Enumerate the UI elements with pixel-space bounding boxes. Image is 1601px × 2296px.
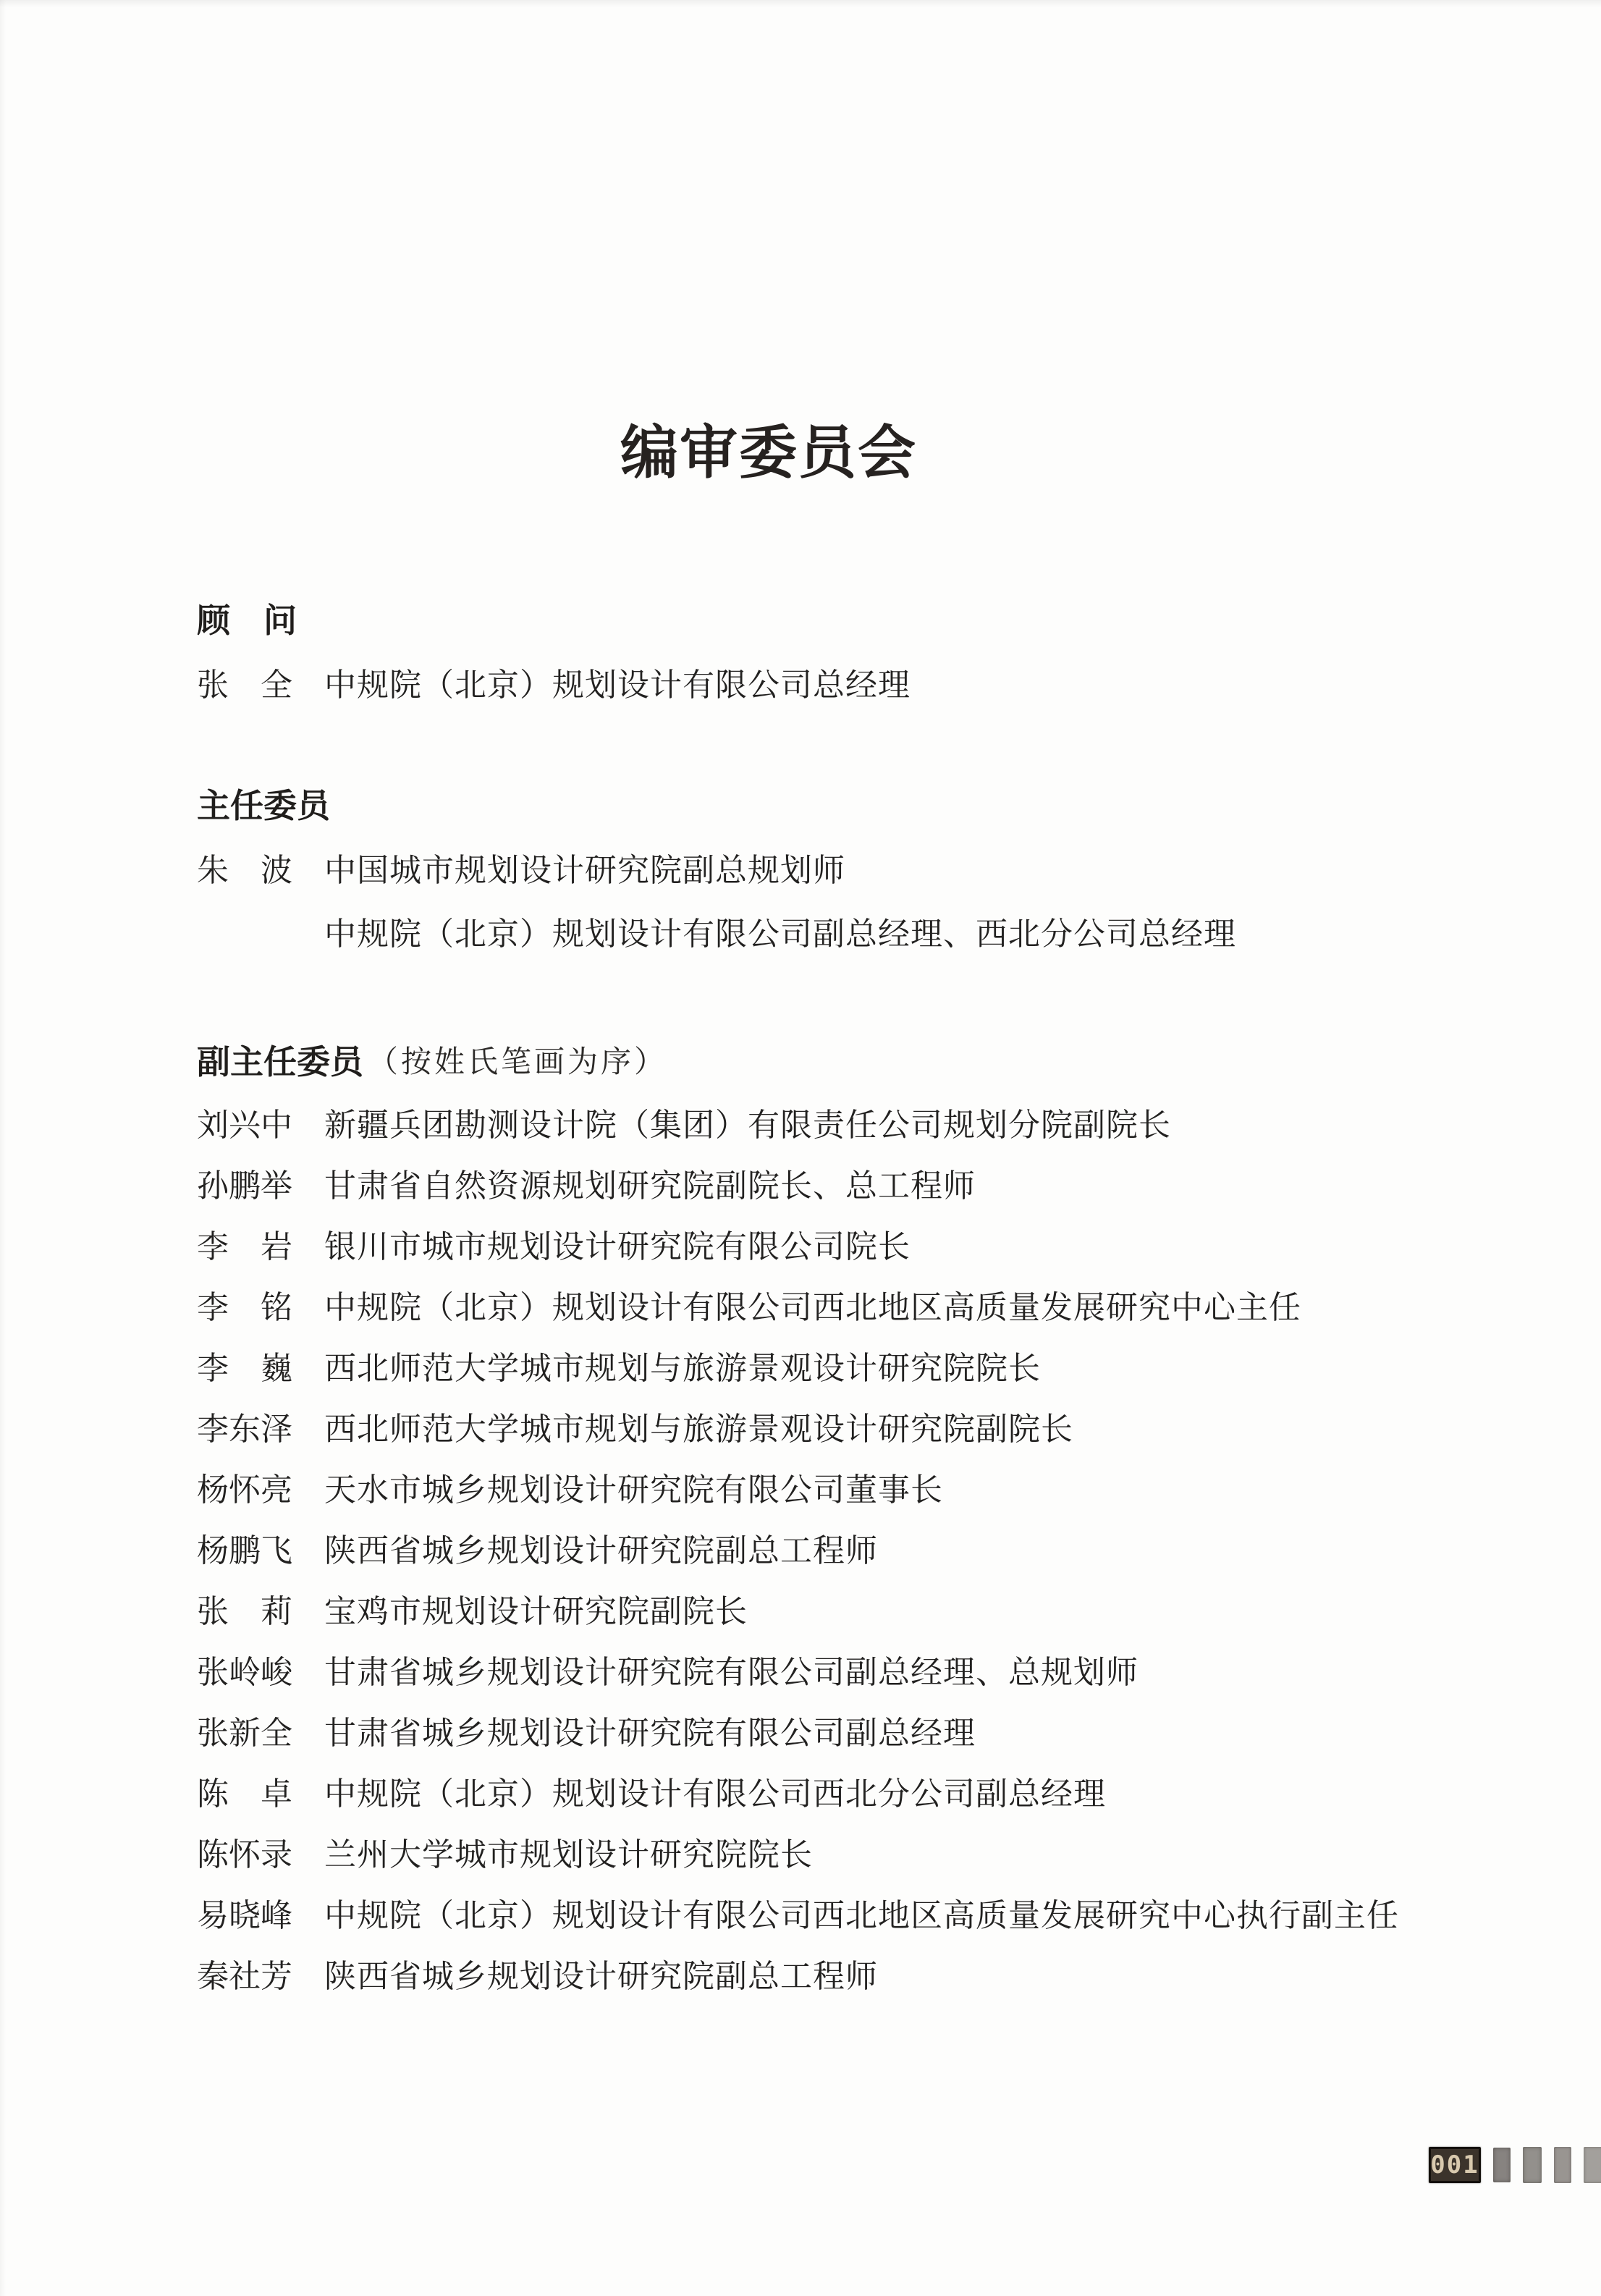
member-name: 杨怀亮 (197, 1464, 292, 1510)
section-heading: 顾问 (197, 594, 297, 642)
member-name: 张全 (197, 659, 292, 705)
member-row: 李岩 银川市城市规划设计研究院有限公司院长 (197, 1213, 1427, 1274)
member-name: 李巍 (197, 1342, 292, 1388)
page-title: 编审委员会 (153, 414, 1384, 492)
member-name: 朱波 (197, 844, 292, 890)
member-name: 张岭峻 (197, 1646, 292, 1692)
member-row: 李东泽 西北师范大学城市规划与旅游景观设计研究院副院长 (197, 1396, 1427, 1456)
section-heading-row: 副主任委员 （按姓氏笔画为序） (197, 1028, 1427, 1092)
member-title: 西北师范大学城市规划与旅游景观设计研究院副院长 (324, 1403, 1427, 1449)
member-row: 张岭峻 甘肃省城乡规划设计研究院有限公司副总经理、总规划师 (197, 1639, 1427, 1700)
page-edge-mark (1554, 2147, 1571, 2183)
member-row: 秦社芳 陕西省城乡规划设计研究院副总工程师 (197, 1943, 1427, 2004)
member-row: 李巍 西北师范大学城市规划与旅游景观设计研究院院长 (197, 1335, 1427, 1396)
member-name: 李铭 (197, 1281, 292, 1328)
member-row: 张全 中规院（北京）规划设计有限公司总经理 (197, 650, 1427, 714)
member-title: 中规院（北京）规划设计有限公司总经理 (324, 659, 1427, 705)
section-heading-row: 顾问 (197, 586, 1427, 650)
page-number-badge: 001 (1429, 2147, 1481, 2183)
section-heading: 主任委员 (197, 780, 330, 827)
member-row: 刘兴中 新疆兵团勘测设计院（集团）有限责任公司规划分院副院长 (197, 1092, 1427, 1152)
member-title: 新疆兵团勘测设计院（集团）有限责任公司规划分院副院长 (324, 1099, 1427, 1145)
member-title: 兰州大学城市规划设计研究院院长 (324, 1828, 1427, 1875)
member-title: 宝鸡市规划设计研究院副院长 (324, 1585, 1427, 1632)
member-name: 张莉 (197, 1585, 292, 1632)
member-row: 陈怀录 兰州大学城市规划设计研究院院长 (197, 1821, 1427, 1882)
member-title: 银川市城市规划设计研究院有限公司院长 (324, 1220, 1427, 1267)
page-edge-mark (1493, 2148, 1511, 2182)
member-name: 李岩 (197, 1220, 292, 1267)
member-title: 中规院（北京）规划设计有限公司副总经理、西北分公司总经理 (324, 908, 1427, 954)
member-name: 李东泽 (197, 1403, 292, 1449)
member-row: 朱波 中国城市规划设计研究院副总规划师 (197, 835, 1427, 899)
member-row: 孙鹏举 甘肃省自然资源规划研究院副院长、总工程师 (197, 1152, 1427, 1213)
member-row: 张莉 宝鸡市规划设计研究院副院长 (197, 1578, 1427, 1639)
member-name: 杨鹏飞 (197, 1524, 292, 1571)
member-title: 中规院（北京）规划设计有限公司西北分公司副总经理 (324, 1768, 1427, 1814)
member-title: 甘肃省自然资源规划研究院副院长、总工程师 (324, 1160, 1427, 1206)
member-row: 张新全 甘肃省城乡规划设计研究院有限公司副总经理 (197, 1700, 1427, 1760)
member-row-continuation: 中规院（北京）规划设计有限公司副总经理、西北分公司总经理 (197, 899, 1427, 963)
member-row: 陈卓 中规院（北京）规划设计有限公司西北分公司副总经理 (197, 1760, 1427, 1821)
member-title: 陕西省城乡规划设计研究院副总工程师 (324, 1524, 1427, 1571)
page-edge-mark (1584, 2147, 1601, 2183)
member-title: 中国城市规划设计研究院副总规划师 (324, 844, 1427, 890)
section-heading: 副主任委员 (197, 1036, 363, 1084)
section-advisor: 顾问 张全 中规院（北京）规划设计有限公司总经理 (197, 586, 1427, 714)
section-chair: 主任委员 朱波 中国城市规划设计研究院副总规划师 中规院（北京）规划设计有限公司… (197, 772, 1427, 963)
member-name: 张新全 (197, 1707, 292, 1753)
member-name: 陈怀录 (197, 1828, 292, 1875)
member-name: 刘兴中 (197, 1099, 292, 1145)
section-heading-row: 主任委员 (197, 772, 1427, 835)
member-row: 易晓峰 中规院（北京）规划设计有限公司西北地区高质量发展研究中心执行副主任 (197, 1882, 1427, 1943)
member-name: 易晓峰 (197, 1889, 292, 1936)
member-title: 中规院（北京）规划设计有限公司西北地区高质量发展研究中心执行副主任 (324, 1889, 1427, 1936)
page-content: 编审委员会 顾问 张全 中规院（北京）规划设计有限公司总经理 主任委员 朱波 中… (197, 0, 1427, 2004)
member-row: 李铭 中规院（北京）规划设计有限公司西北地区高质量发展研究中心主任 (197, 1274, 1427, 1335)
member-title: 陕西省城乡规划设计研究院副总工程师 (324, 1950, 1427, 1996)
member-name: 秦社芳 (197, 1950, 292, 1996)
section-heading-note: （按姓氏笔画为序） (368, 1038, 667, 1081)
section-vicechair: 副主任委员 （按姓氏笔画为序） 刘兴中 新疆兵团勘测设计院（集团）有限责任公司规… (197, 1028, 1427, 2004)
member-title: 甘肃省城乡规划设计研究院有限公司副总经理、总规划师 (324, 1646, 1427, 1692)
member-row: 杨怀亮 天水市城乡规划设计研究院有限公司董事长 (197, 1456, 1427, 1517)
member-title: 中规院（北京）规划设计有限公司西北地区高质量发展研究中心主任 (324, 1281, 1427, 1328)
page-edge-mark (1523, 2147, 1542, 2183)
member-name: 陈卓 (197, 1768, 292, 1814)
member-title: 甘肃省城乡规划设计研究院有限公司副总经理 (324, 1707, 1427, 1753)
member-name: 孙鹏举 (197, 1160, 292, 1206)
page-footer-folio: 001 (1429, 2147, 1601, 2183)
document-page: 编审委员会 顾问 张全 中规院（北京）规划设计有限公司总经理 主任委员 朱波 中… (0, 0, 1601, 2296)
member-title: 西北师范大学城市规划与旅游景观设计研究院院长 (324, 1342, 1427, 1388)
member-row: 杨鹏飞 陕西省城乡规划设计研究院副总工程师 (197, 1517, 1427, 1578)
member-title: 天水市城乡规划设计研究院有限公司董事长 (324, 1464, 1427, 1510)
